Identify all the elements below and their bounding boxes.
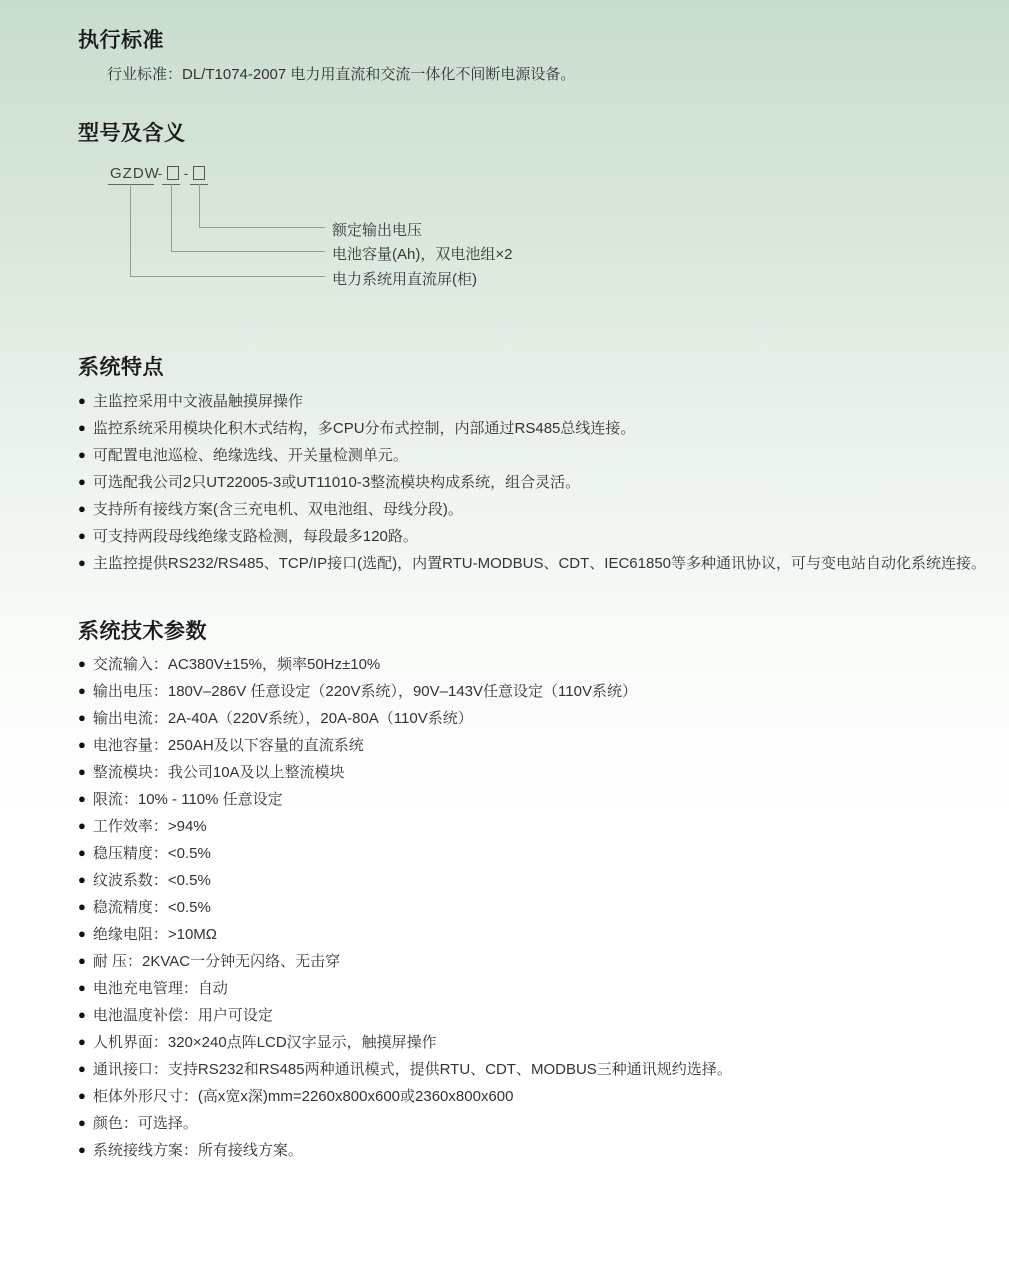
bullet-icon: ● — [78, 711, 86, 724]
param-text: 电池容量：250AH及以下容量的直流系统 — [93, 734, 364, 755]
param-item: ●系统接线方案：所有接线方案。 — [78, 1136, 732, 1163]
connector-horizontal-3 — [130, 276, 325, 277]
feature-item: ●支持所有接线方案(含三充电机、双电池组、母线分段)。 — [78, 495, 986, 522]
feature-text: 主监控采用中文液晶触摸屏操作 — [93, 390, 303, 411]
model-code-box-2 — [193, 166, 205, 180]
bullet-icon: ● — [78, 1035, 86, 1048]
param-text: 稳压精度：<0.5% — [93, 842, 211, 863]
feature-text: 可选配我公司2只UT22005-3或UT11010-3整流模块构成系统，组合灵活… — [93, 471, 580, 492]
connector-vertical-box-1 — [171, 184, 172, 251]
bullet-icon: ● — [78, 873, 86, 886]
params-list: ●交流输入：AC380V±15%，频率50Hz±10% ●输出电压：180V–2… — [78, 650, 732, 1163]
bullet-icon: ● — [78, 448, 86, 461]
feature-text: 支持所有接线方案(含三充电机、双电池组、母线分段)。 — [93, 498, 463, 519]
bullet-icon: ● — [78, 765, 86, 778]
feature-item: ●可配置电池巡检、绝缘选线、开关量检测单元。 — [78, 441, 986, 468]
bullet-icon: ● — [78, 1143, 86, 1156]
param-item: ●柜体外形尺寸：(高x宽x深)mm=2260x800x600或2360x800x… — [78, 1082, 732, 1109]
bullet-icon: ● — [78, 475, 86, 488]
model-label-voltage: 额定输出电压 — [332, 219, 422, 240]
param-item: ●稳流精度：<0.5% — [78, 893, 732, 920]
bullet-icon: ● — [78, 502, 86, 515]
param-item: ●稳压精度：<0.5% — [78, 839, 732, 866]
connector-horizontal-2 — [171, 251, 325, 252]
param-text: 电池充电管理：自动 — [93, 977, 228, 998]
bullet-icon: ● — [78, 556, 86, 569]
bullet-icon: ● — [78, 792, 86, 805]
param-text: 系统接线方案：所有接线方案。 — [93, 1139, 303, 1160]
model-code-dash-1: - — [154, 165, 166, 181]
param-item: ●纹波系数：<0.5% — [78, 866, 732, 893]
bullet-icon: ● — [78, 900, 86, 913]
param-item: ●耐 压：2KVAC一分钟无闪络、无击穿 — [78, 947, 732, 974]
param-item: ●电池充电管理：自动 — [78, 974, 732, 1001]
param-item: ●电池温度补偿：用户可设定 — [78, 1001, 732, 1028]
underline-code — [108, 184, 154, 185]
model-label-system: 电力系统用直流屏(柜) — [332, 268, 477, 289]
bullet-icon: ● — [78, 954, 86, 967]
section-title-params: 系统技术参数 — [78, 615, 207, 645]
section-title-features: 系统特点 — [78, 351, 164, 381]
model-code-box-1 — [167, 166, 179, 180]
bullet-icon: ● — [78, 927, 86, 940]
connector-vertical-code — [130, 184, 131, 276]
param-text: 工作效率：>94% — [93, 815, 207, 836]
feature-item: ●主监控采用中文液晶触摸屏操作 — [78, 387, 986, 414]
feature-text: 可支持两段母线绝缘支路检测，每段最多120路。 — [93, 525, 418, 546]
bullet-icon: ● — [78, 529, 86, 542]
bullet-icon: ● — [78, 1089, 86, 1102]
param-text: 输出电压：180V–286V 任意设定（220V系统），90V–143V任意设定… — [93, 680, 637, 701]
feature-item: ●可选配我公司2只UT22005-3或UT11010-3整流模块构成系统，组合灵… — [78, 468, 986, 495]
param-item: ●颜色：可选择。 — [78, 1109, 732, 1136]
page: { "ui": { "bullet": "●", "bg_top_color":… — [0, 0, 1009, 1284]
bullet-icon: ● — [78, 684, 86, 697]
param-item: ●工作效率：>94% — [78, 812, 732, 839]
bullet-icon: ● — [78, 819, 86, 832]
feature-item: ●主监控提供RS232/RS485、TCP/IP接口(选配)，内置RTU-MOD… — [78, 549, 986, 576]
model-label-capacity: 电池容量(Ah)，双电池组×2 — [332, 243, 512, 264]
param-text: 输出电流：2A-40A（220V系统），20A-80A（110V系统） — [93, 707, 473, 728]
model-code-row: GZDW - - — [110, 165, 206, 181]
bullet-icon: ● — [78, 1008, 86, 1021]
feature-text: 监控系统采用模块化积木式结构，多CPU分布式控制，内部通过RS485总线连接。 — [93, 417, 636, 438]
param-text: 电池温度补偿：用户可设定 — [93, 1004, 273, 1025]
param-item: ●电池容量：250AH及以下容量的直流系统 — [78, 731, 732, 758]
bullet-icon: ● — [78, 981, 86, 994]
bullet-icon: ● — [78, 738, 86, 751]
param-text: 耐 压：2KVAC一分钟无闪络、无击穿 — [93, 950, 340, 971]
features-list: ●主监控采用中文液晶触摸屏操作 ●监控系统采用模块化积木式结构，多CPU分布式控… — [78, 387, 986, 576]
param-text: 稳流精度：<0.5% — [93, 896, 211, 917]
connector-vertical-box-2 — [199, 184, 200, 227]
feature-item: ●可支持两段母线绝缘支路检测，每段最多120路。 — [78, 522, 986, 549]
model-code-dash-2: - — [180, 165, 192, 181]
param-item: ●限流：10% - 110% 任意设定 — [78, 785, 732, 812]
param-text: 纹波系数：<0.5% — [93, 869, 211, 890]
bullet-icon: ● — [78, 657, 86, 670]
param-text: 颜色：可选择。 — [93, 1112, 198, 1133]
param-item: ●交流输入：AC380V±15%，频率50Hz±10% — [78, 650, 732, 677]
model-code-prefix: GZDW — [110, 165, 154, 182]
bullet-icon: ● — [78, 421, 86, 434]
param-item: ●人机界面：320×240点阵LCD汉字显示，触摸屏操作 — [78, 1028, 732, 1055]
feature-text: 主监控提供RS232/RS485、TCP/IP接口(选配)，内置RTU-MODB… — [93, 552, 986, 573]
bullet-icon: ● — [78, 1116, 86, 1129]
connector-horizontal-1 — [199, 227, 325, 228]
feature-item: ●监控系统采用模块化积木式结构，多CPU分布式控制，内部通过RS485总线连接。 — [78, 414, 986, 441]
param-text: 整流模块：我公司10A及以上整流模块 — [93, 761, 345, 782]
feature-text: 可配置电池巡检、绝缘选线、开关量检测单元。 — [93, 444, 408, 465]
model-diagram: GZDW - - 额定输出电压 电池容量(Ah)，双电池组×2 电力系统用直流屏… — [0, 0, 1009, 300]
param-item: ●输出电流：2A-40A（220V系统），20A-80A（110V系统） — [78, 704, 732, 731]
param-item: ●绝缘电阻：>10MΩ — [78, 920, 732, 947]
param-text: 柜体外形尺寸：(高x宽x深)mm=2260x800x600或2360x800x6… — [93, 1085, 514, 1106]
param-item: ●通讯接口：支持RS232和RS485两种通讯模式，提供RTU、CDT、MODB… — [78, 1055, 732, 1082]
param-text: 人机界面：320×240点阵LCD汉字显示，触摸屏操作 — [93, 1031, 437, 1052]
param-text: 通讯接口：支持RS232和RS485两种通讯模式，提供RTU、CDT、MODBU… — [93, 1058, 732, 1079]
bullet-icon: ● — [78, 1062, 86, 1075]
param-item: ●整流模块：我公司10A及以上整流模块 — [78, 758, 732, 785]
param-text: 交流输入：AC380V±15%，频率50Hz±10% — [93, 653, 380, 674]
param-item: ●输出电压：180V–286V 任意设定（220V系统），90V–143V任意设… — [78, 677, 732, 704]
bullet-icon: ● — [78, 846, 86, 859]
param-text: 限流：10% - 110% 任意设定 — [93, 788, 283, 809]
param-text: 绝缘电阻：>10MΩ — [93, 923, 217, 944]
bullet-icon: ● — [78, 394, 86, 407]
